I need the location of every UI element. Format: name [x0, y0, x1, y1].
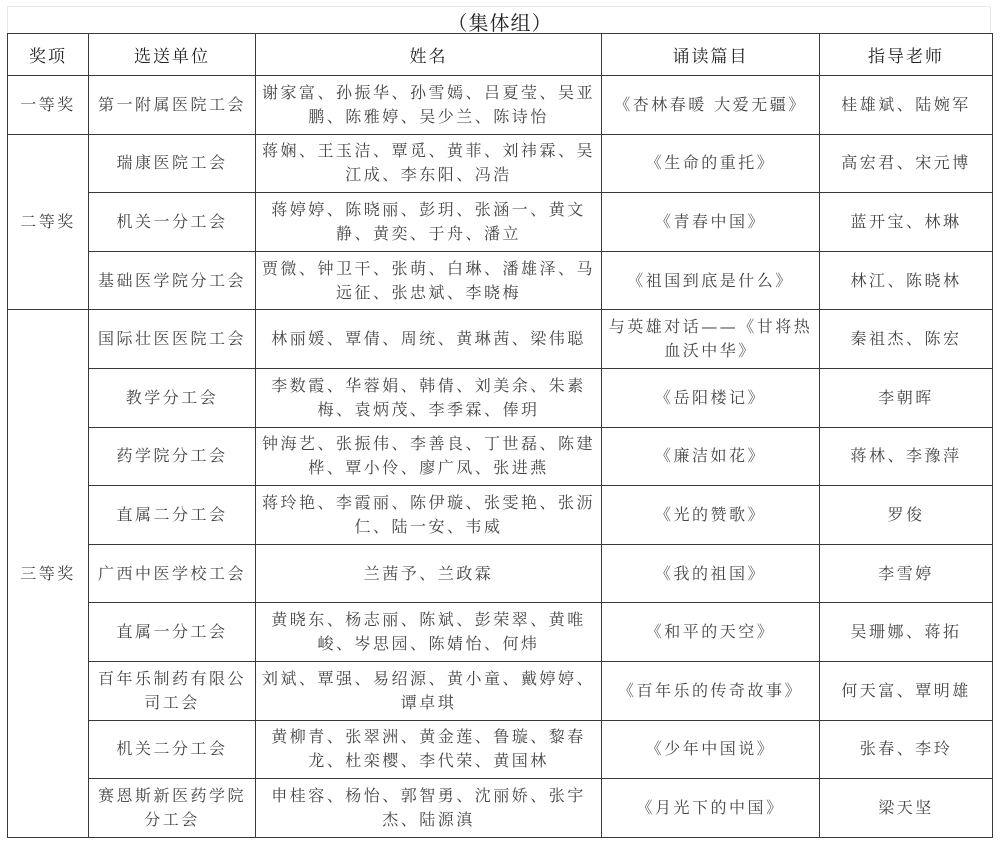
- unit-cell: 瑞康医院工会: [89, 134, 256, 193]
- teacher-cell: 桂雄斌、陆婉军: [820, 76, 993, 135]
- piece-cell: 《岳阳楼记》: [602, 368, 820, 427]
- unit-cell: 第一附属医院工会: [89, 76, 256, 135]
- unit-cell: 基础医学院分工会: [89, 251, 256, 310]
- piece-cell: 与英雄对话——《甘将热血沃中华》: [602, 310, 820, 369]
- header-unit: 选送单位: [89, 34, 256, 76]
- teacher-cell: 罗俊: [820, 486, 993, 545]
- teacher-cell: 蓝开宝、林琳: [820, 193, 993, 252]
- piece-cell: 《杏林春暖 大爱无疆》: [602, 76, 820, 135]
- header-row: 奖项 选送单位 姓名 诵读篇目 指导老师: [8, 34, 993, 76]
- teacher-cell: 何天富、覃明雄: [820, 661, 993, 720]
- table-row: 二等奖 瑞康医院工会 蒋娴、王玉洁、覃觅、黄菲、刘祎霖、吴江成、李东阳、冯浩 《…: [8, 134, 993, 193]
- piece-cell: 《和平的天空》: [602, 603, 820, 662]
- table-row: 基础医学院分工会 贾微、钟卫干、张萌、白琳、潘雄泽、马远征、张忠斌、李晓梅 《祖…: [8, 251, 993, 310]
- table-row: 机关二分工会 黄柳青、张翠洲、黄金莲、鲁璇、黎春龙、杜栾樱、李代荣、黄国林 《少…: [8, 720, 993, 779]
- header-names: 姓名: [256, 34, 602, 76]
- header-prize: 奖项: [8, 34, 89, 76]
- teacher-cell: 李朝晖: [820, 368, 993, 427]
- teacher-cell: 秦祖杰、陈宏: [820, 310, 993, 369]
- unit-cell: 赛恩斯新医药学院分工会: [89, 779, 256, 838]
- unit-cell: 药学院分工会: [89, 427, 256, 486]
- names-cell: 蒋婷婷、陈晓丽、彭玥、张涵一、黄文静、黄奕、于舟、潘立: [256, 193, 602, 252]
- names-cell: 李数霞、华蓉娟、韩倩、刘美余、朱素梅、袁炳茂、李季霖、俸玥: [256, 368, 602, 427]
- piece-cell: 《月光下的中国》: [602, 779, 820, 838]
- header-teacher: 指导老师: [820, 34, 993, 76]
- table-row: 药学院分工会 钟海艺、张振伟、李善良、丁世磊、陈建桦、覃小伶、廖广凤、张进燕 《…: [8, 427, 993, 486]
- teacher-cell: 梁天坚: [820, 779, 993, 838]
- names-cell: 贾微、钟卫干、张萌、白琳、潘雄泽、马远征、张忠斌、李晓梅: [256, 251, 602, 310]
- table-row: 一等奖 第一附属医院工会 谢家富、孙振华、孙雪嫣、吕夏莹、吴亚鹏、陈雅婷、吴少兰…: [8, 76, 993, 135]
- names-cell: 蒋娴、王玉洁、覃觅、黄菲、刘祎霖、吴江成、李东阳、冯浩: [256, 134, 602, 193]
- teacher-cell: 蒋林、李豫萍: [820, 427, 993, 486]
- names-cell: 刘斌、覃强、易绍源、黄小童、戴婷婷、谭卓琪: [256, 661, 602, 720]
- piece-cell: 《我的祖国》: [602, 544, 820, 603]
- names-cell: 黄柳青、张翠洲、黄金莲、鲁璇、黎春龙、杜栾樱、李代荣、黄国林: [256, 720, 602, 779]
- table-row: 机关一分工会 蒋婷婷、陈晓丽、彭玥、张涵一、黄文静、黄奕、于舟、潘立 《青春中国…: [8, 193, 993, 252]
- piece-cell: 《少年中国说》: [602, 720, 820, 779]
- unit-cell: 百年乐制药有限公司工会: [89, 661, 256, 720]
- teacher-cell: 李雪婷: [820, 544, 993, 603]
- table-row: 三等奖 国际壮医医院工会 林丽媛、覃倩、周统、黄琳茜、梁伟聪 与英雄对话——《甘…: [8, 310, 993, 369]
- prize-cell: 二等奖: [8, 134, 89, 310]
- names-cell: 谢家富、孙振华、孙雪嫣、吕夏莹、吴亚鹏、陈雅婷、吴少兰、陈诗怡: [256, 76, 602, 135]
- piece-cell: 《祖国到底是什么》: [602, 251, 820, 310]
- table-row: 直属二分工会 蒋玲艳、李霞丽、陈伊璇、张雯艳、张沥仁、陆一安、韦威 《光的赞歌》…: [8, 486, 993, 545]
- unit-cell: 机关二分工会: [89, 720, 256, 779]
- piece-cell: 《百年乐的传奇故事》: [602, 661, 820, 720]
- names-cell: 钟海艺、张振伟、李善良、丁世磊、陈建桦、覃小伶、廖广凤、张进燕: [256, 427, 602, 486]
- unit-cell: 广西中医学校工会: [89, 544, 256, 603]
- names-cell: 申桂容、杨怡、郭智勇、沈丽娇、张宇杰、陆源滇: [256, 779, 602, 838]
- unit-cell: 直属二分工会: [89, 486, 256, 545]
- teacher-cell: 高宏君、宋元博: [820, 134, 993, 193]
- piece-cell: 《光的赞歌》: [602, 486, 820, 545]
- unit-cell: 直属一分工会: [89, 603, 256, 662]
- names-cell: 蒋玲艳、李霞丽、陈伊璇、张雯艳、张沥仁、陆一安、韦威: [256, 486, 602, 545]
- prize-cell: 三等奖: [8, 310, 89, 837]
- table-row: 广西中医学校工会 兰茜予、兰政霖 《我的祖国》 李雪婷: [8, 544, 993, 603]
- piece-cell: 《青春中国》: [602, 193, 820, 252]
- table-row: 百年乐制药有限公司工会 刘斌、覃强、易绍源、黄小童、戴婷婷、谭卓琪 《百年乐的传…: [8, 661, 993, 720]
- names-cell: 兰茜予、兰政霖: [256, 544, 602, 603]
- table-row: 赛恩斯新医药学院分工会 申桂容、杨怡、郭智勇、沈丽娇、张宇杰、陆源滇 《月光下的…: [8, 779, 993, 838]
- header-piece: 诵读篇目: [602, 34, 820, 76]
- table-row: 直属一分工会 黄晓东、杨志丽、陈斌、彭荣翠、黄唯峻、岑思园、陈婧怡、何炜 《和平…: [8, 603, 993, 662]
- table-row: 教学分工会 李数霞、华蓉娟、韩倩、刘美余、朱素梅、袁炳茂、李季霖、俸玥 《岳阳楼…: [8, 368, 993, 427]
- teacher-cell: 吴珊娜、蒋拓: [820, 603, 993, 662]
- prize-cell: 一等奖: [8, 76, 89, 135]
- names-cell: 黄晓东、杨志丽、陈斌、彭荣翠、黄唯峻、岑思园、陈婧怡、何炜: [256, 603, 602, 662]
- unit-cell: 机关一分工会: [89, 193, 256, 252]
- teacher-cell: 林江、陈晓林: [820, 251, 993, 310]
- piece-cell: 《生命的重托》: [602, 134, 820, 193]
- unit-cell: 教学分工会: [89, 368, 256, 427]
- teacher-cell: 张春、李玲: [820, 720, 993, 779]
- unit-cell: 国际壮医医院工会: [89, 310, 256, 369]
- piece-cell: 《廉洁如花》: [602, 427, 820, 486]
- awards-table: 奖项 选送单位 姓名 诵读篇目 指导老师 一等奖 第一附属医院工会 谢家富、孙振…: [7, 33, 993, 838]
- names-cell: 林丽媛、覃倩、周统、黄琳茜、梁伟聪: [256, 310, 602, 369]
- table-caption: （集体组）: [0, 7, 1000, 36]
